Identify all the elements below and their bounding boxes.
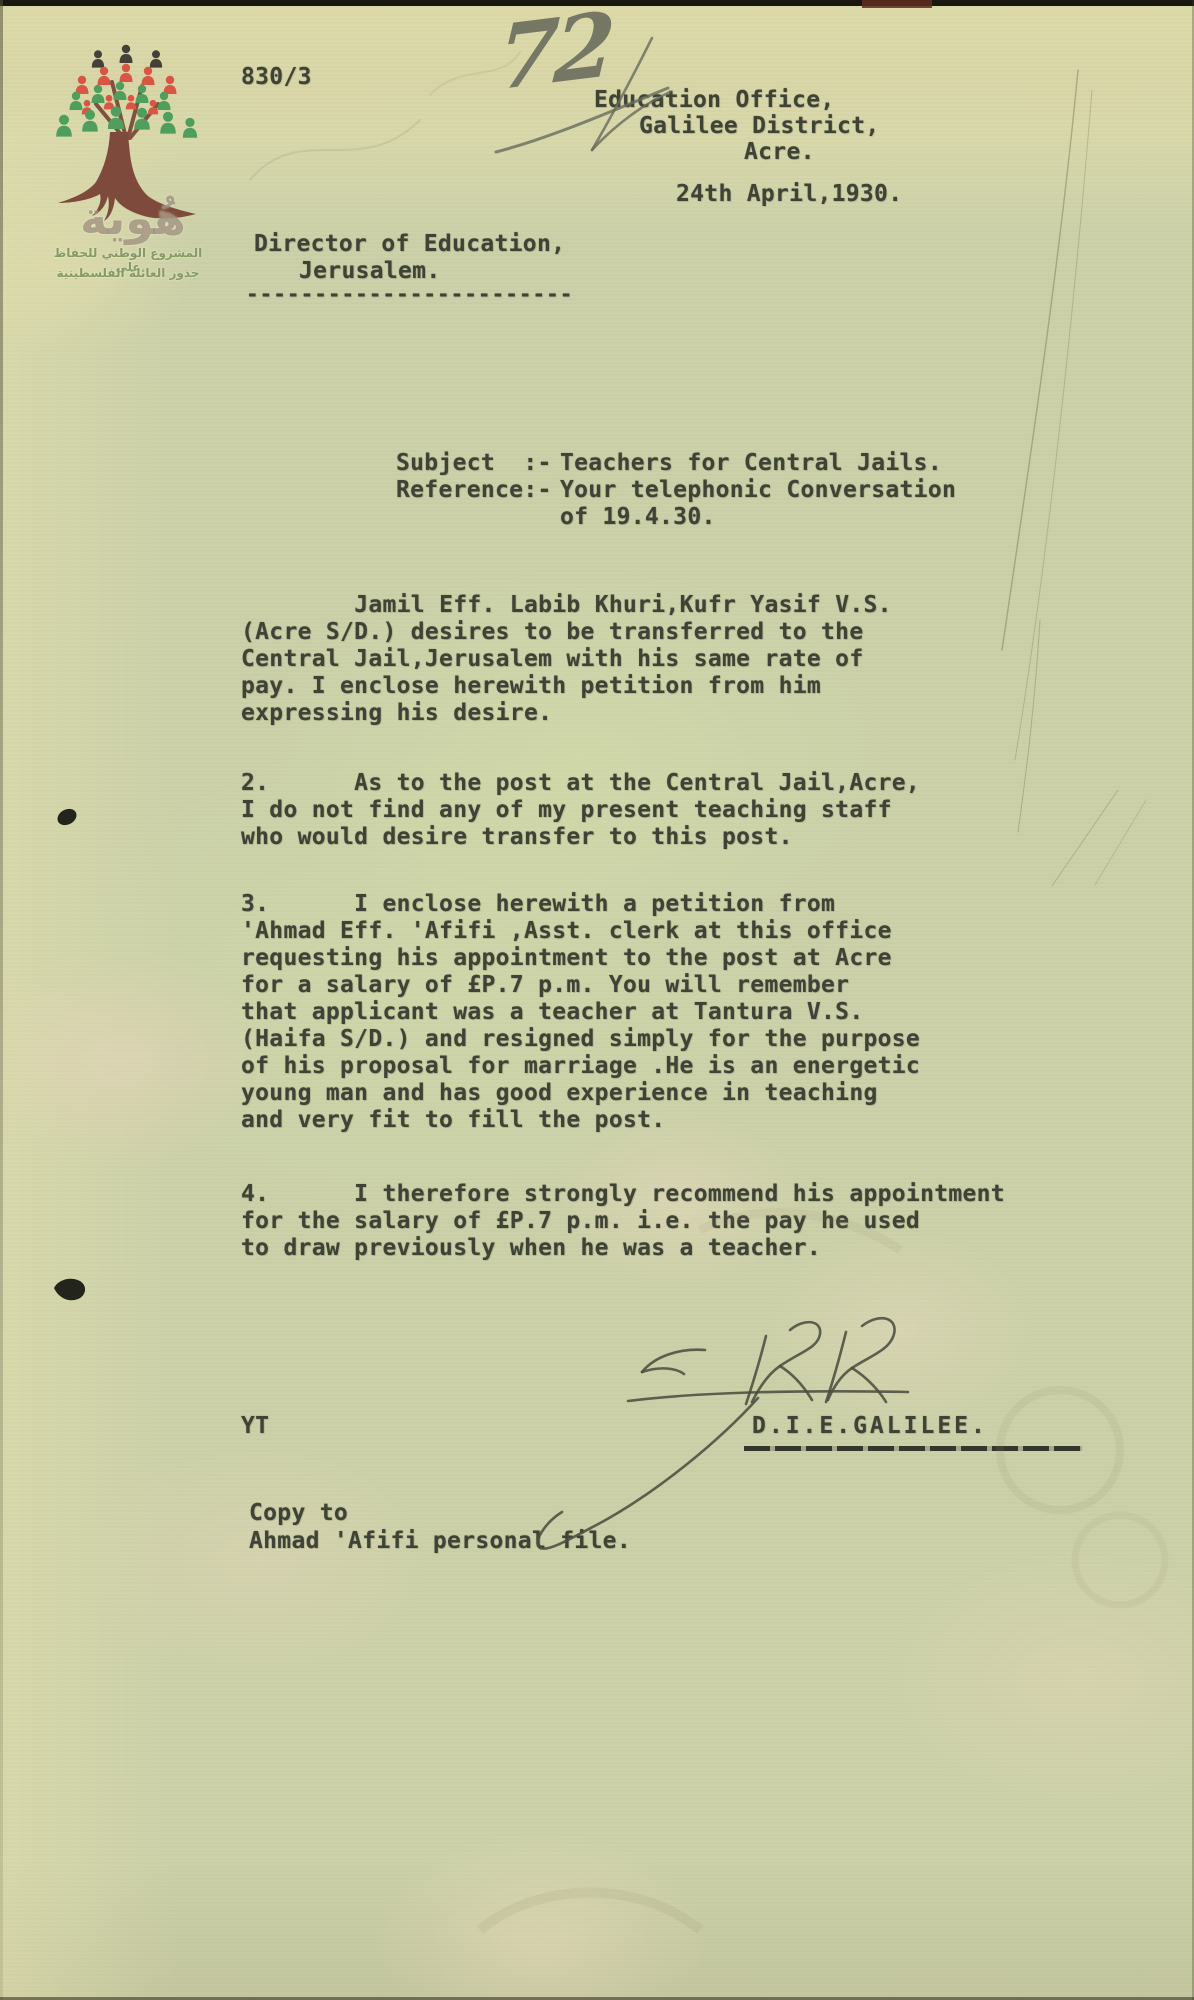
reference-value: Your telephonic Conversation [560, 477, 956, 504]
body-paragraph-1: Jamil Eff. Labib Khuri,Kufr Yasif V.S. (… [241, 592, 892, 727]
ink-blots [54, 806, 85, 1301]
copy-recipient: Ahmad 'Afifi personal file. [249, 1528, 631, 1555]
letterhead-city: Acre. [744, 139, 815, 166]
file-reference: 830/3 [241, 64, 312, 91]
letterhead-office: Education Office, [594, 87, 835, 114]
logo-arabic-title: هُوية [58, 192, 208, 244]
addressee-underline: ------------------------ [246, 281, 573, 308]
tree-people-canopy [56, 45, 197, 138]
letterhead-district: Galilee District, [639, 113, 880, 140]
subject-value: Teachers for Central Jails. [560, 450, 942, 477]
logo-arabic-subtitle-2: جذور العائلة الفلسطينية [50, 266, 206, 280]
body-paragraph-2: 2. As to the post at the Central Jail,Ac… [241, 770, 920, 851]
copy-to-label: Copy to [249, 1500, 348, 1527]
archive-watermark: هُوية المشروع الوطني للحفاظ على جذور الع… [46, 40, 210, 340]
addressee-name: Director of Education, [254, 231, 565, 258]
scan-border-left [0, 0, 3, 2000]
reference-value-continued: of 19.4.30. [560, 504, 716, 531]
letter-date: 24th April,1930. [676, 181, 902, 208]
body-paragraph-4: 4. I therefore strongly recommend his ap… [241, 1181, 1005, 1262]
scan-edge-mark [862, 0, 932, 8]
subject-label: Subject :- [396, 450, 552, 477]
body-paragraph-3: 3. I enclose herewith a petition from 'A… [241, 891, 920, 1134]
scanned-letter-page: هُوية المشروع الوطني للحفاظ على جذور الع… [0, 0, 1194, 2000]
signer-title: D.I.E.GALILEE. [752, 1413, 988, 1440]
reference-label: Reference:- [396, 477, 552, 504]
ghost-bleedthrough [480, 1213, 1165, 1930]
typist-initials: YT [241, 1413, 269, 1440]
scan-border-top [0, 0, 1194, 6]
signer-underline [744, 1446, 1082, 1451]
